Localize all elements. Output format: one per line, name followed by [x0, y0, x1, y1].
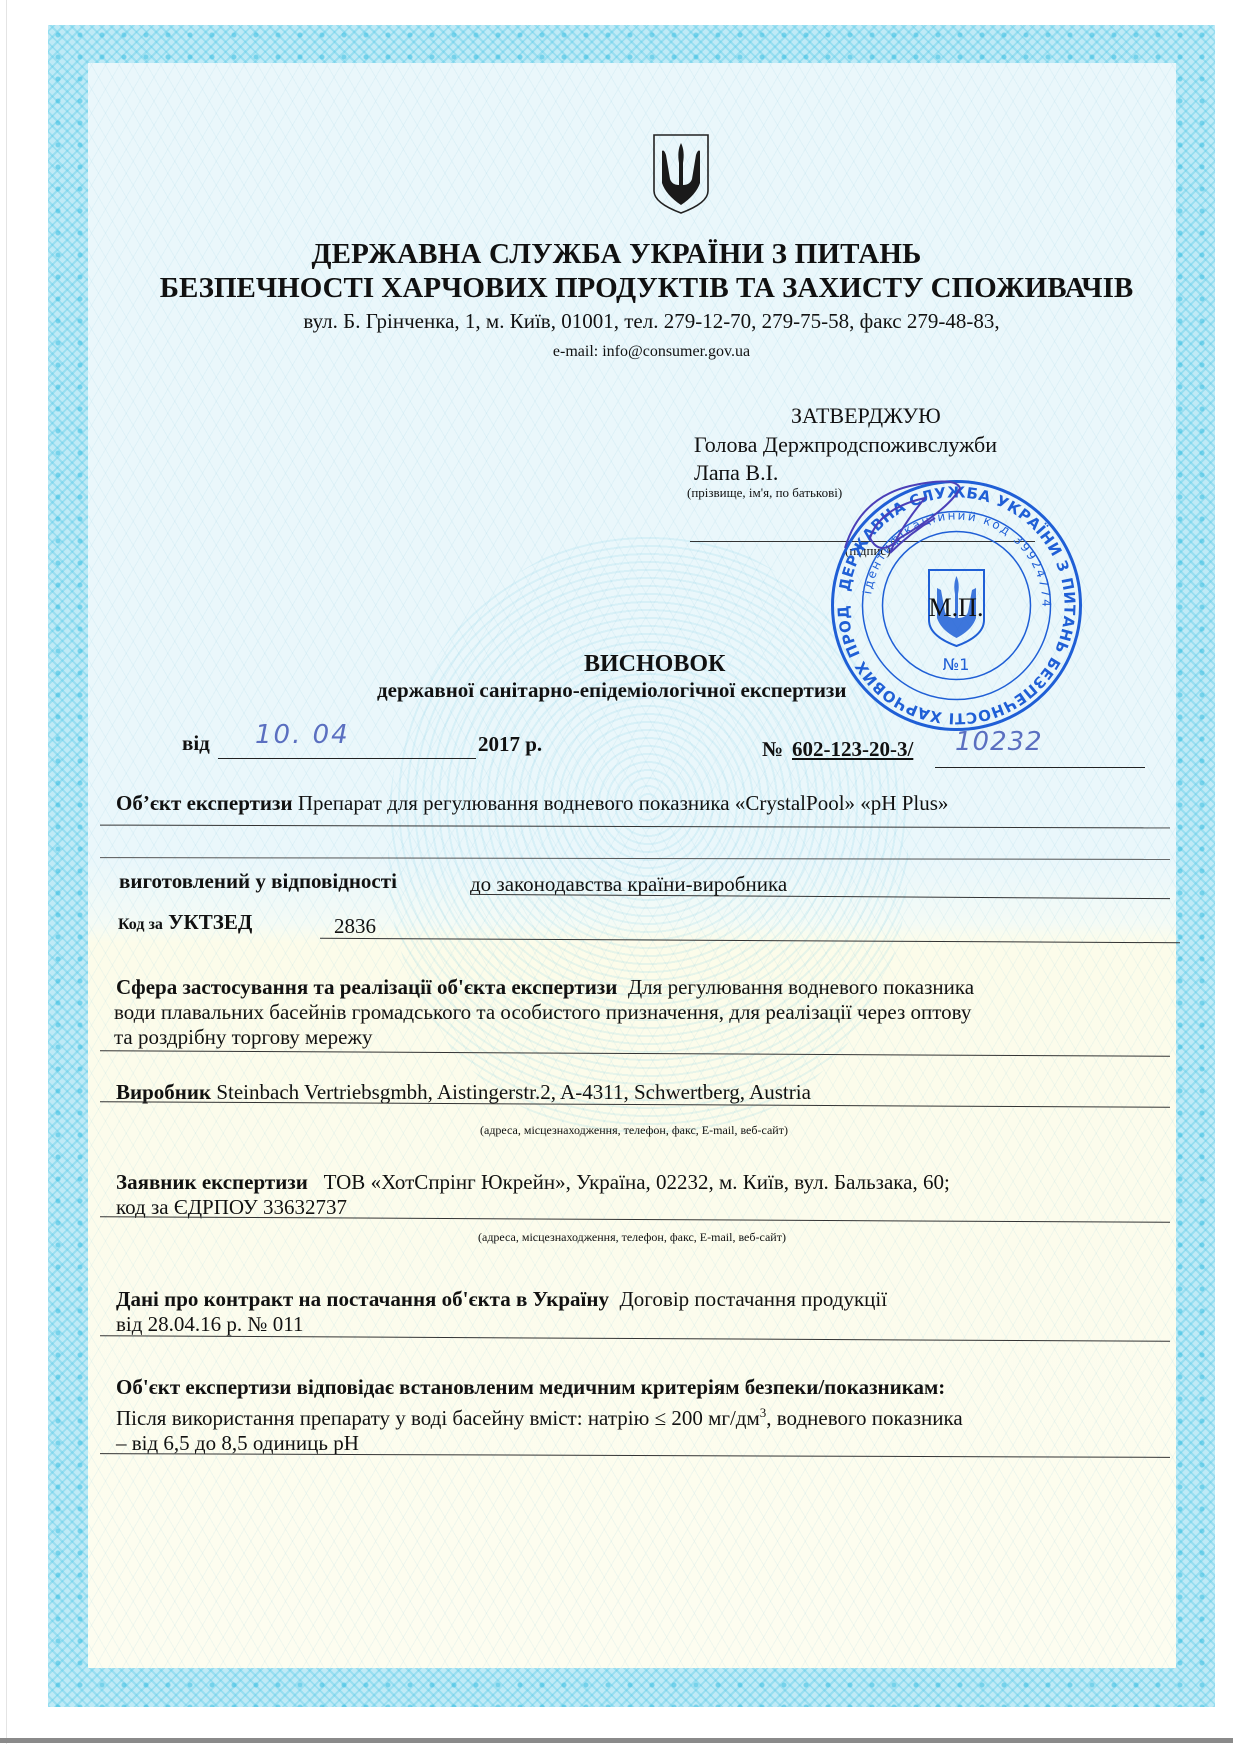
field-criteria-label: Об'єкт експертизи відповідає встановлени… — [116, 1375, 1166, 1400]
date-label: від — [182, 731, 210, 756]
document-subtitle: державної санітарно-епідеміологічної екс… — [377, 678, 846, 703]
field-object-value: Препарат для регулювання водневого показ… — [298, 791, 949, 815]
name-hint: (прізвище, ім'я, по батькові) — [687, 485, 842, 501]
organization-email: e-mail: info@consumer.gov.ua — [0, 343, 1233, 361]
handwritten-signature — [840, 478, 970, 568]
field-contract-label: Дані про контракт на постачання об'єкта … — [116, 1287, 609, 1311]
field-criteria-line2: – від 6,5 до 8,5 одиниць pH — [116, 1431, 1166, 1456]
year: 2017 р. — [478, 732, 542, 757]
field-manufacturer-hint: (адреса, місцезнаходження, телефон, факс… — [480, 1123, 788, 1138]
approver-position: Голова Держпродспоживслужби — [694, 432, 997, 458]
organization-name-line1: ДЕРЖАВНА СЛУЖБА УКРАЇНИ З ПИТАНЬ — [0, 238, 1233, 271]
field-scope: Сфера застосування та реалізації об'єкта… — [116, 975, 1161, 1050]
number-prefix: 602-123-20-3/ — [792, 737, 913, 762]
document-title: ВИСНОВОК — [584, 651, 725, 678]
field-criteria: Об'єкт експертизи відповідає встановлени… — [116, 1375, 1166, 1456]
number-underline — [935, 767, 1145, 768]
number-sign: № — [762, 737, 783, 762]
organization-name-line2: БЕЗПЕЧНОСТІ ХАРЧОВИХ ПРОДУКТІВ ТА ЗАХИСТ… — [0, 272, 1233, 305]
field-applicant-hint: (адреса, місцезнаходження, телефон, факс… — [478, 1230, 786, 1245]
field-scope-line2: води плавальних басейнів громадського та… — [114, 1000, 1161, 1025]
svg-text:№1: №1 — [943, 655, 970, 674]
coat-of-arms-icon — [652, 133, 710, 215]
field-object: Об’єкт експертизи Препарат для регулюван… — [116, 791, 948, 816]
field-applicant-label: Заявник експертизи — [116, 1170, 308, 1194]
number-handwritten: 10232 — [955, 727, 1043, 757]
field-manufactured: виготовлений у відповідності — [119, 869, 397, 894]
field-scope-line3: та роздрібну торгову мережу — [114, 1025, 1161, 1050]
organization-address: вул. Б. Грінченка, 1, м. Київ, 01001, те… — [0, 309, 1233, 334]
field-contract-line1: Договір постачання продукції — [619, 1287, 887, 1311]
field-applicant: Заявник експертизи ТОВ «ХотСпрінг Юкрейн… — [116, 1170, 1166, 1220]
field-contract: Дані про контракт на постачання об'єкта … — [116, 1287, 1166, 1337]
field-scope-line1: Для регулювання водневого показника — [628, 975, 974, 999]
field-code-value: 2836 — [334, 914, 376, 939]
approval-title: ЗАТВЕРДЖУЮ — [791, 403, 941, 429]
approver-name: Лапа В.І. — [694, 460, 778, 486]
field-criteria-line1: Після використання препарату у воді басе… — [116, 1406, 760, 1430]
field-applicant-line1: ТОВ «ХотСпрінг Юкрейн», Україна, 02232, … — [324, 1170, 950, 1194]
field-contract-line2: від 28.04.16 р. № 011 — [116, 1312, 1166, 1337]
field-code-label-prefix: Код за — [118, 916, 163, 933]
date-handwritten: 10. 04 — [255, 720, 350, 750]
field-manufactured-label: виготовлений у відповідності — [119, 869, 397, 893]
field-code-label: УКТЗЕД — [168, 910, 252, 934]
field-object-label: Об’єкт експертизи — [116, 791, 293, 815]
field-scope-label: Сфера застосування та реалізації об'єкта… — [116, 975, 617, 999]
field-manufacturer-value: Steinbach Vertriebsgmbh, Aistingerstr.2,… — [216, 1080, 811, 1104]
field-code: Код за УКТЗЕД — [118, 910, 252, 935]
date-underline — [218, 758, 476, 759]
field-criteria-line1-end: , водневого показника — [766, 1406, 962, 1430]
scan-bottom-edge — [0, 1738, 1233, 1743]
svg-text:М.П.: М.П. — [929, 593, 984, 622]
